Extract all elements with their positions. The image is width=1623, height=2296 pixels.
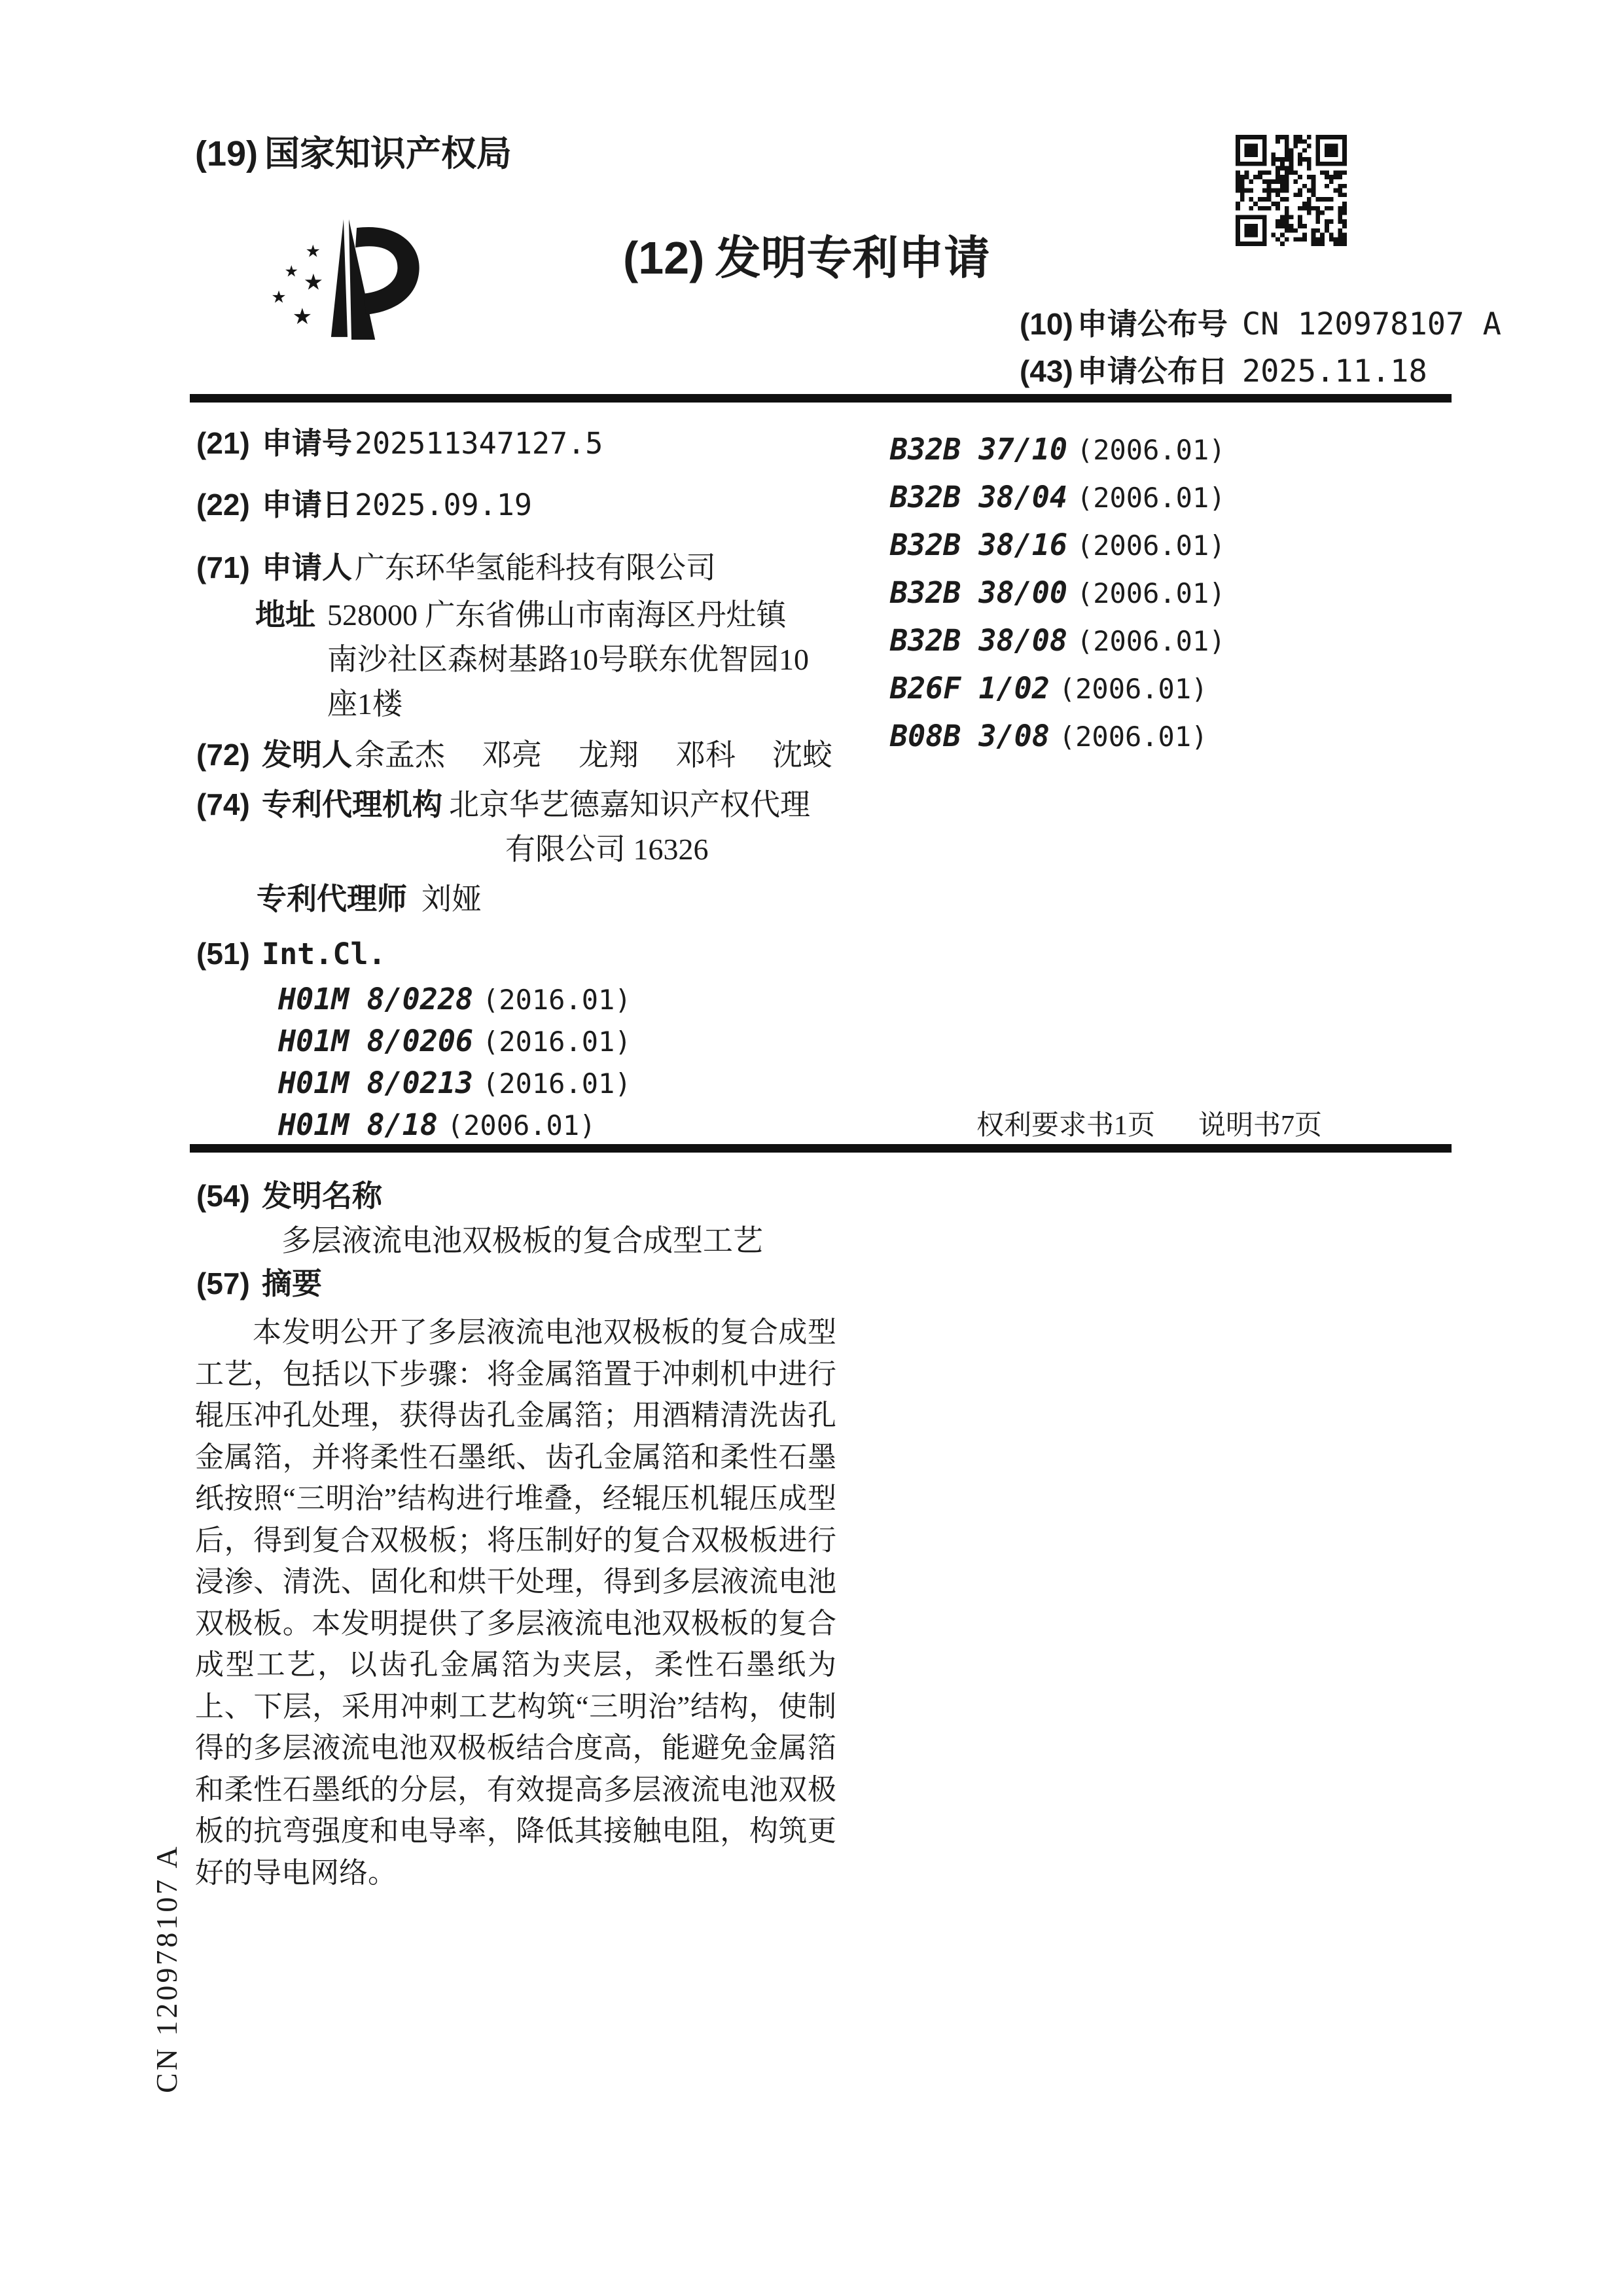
claims-pages: 权利要求书1页 [976,1111,1155,1141]
cnipa-logo-icon: ★ ★ ★ ★ ★ [267,217,425,346]
doc-type-title: 发明专利申请 [715,232,990,283]
field-label: 申请号 [262,427,355,461]
field-label: 专利代理机构 [262,788,449,822]
pub-number-line: (10)申请公布号CN 120978107 A [1020,308,1501,342]
field-code: (54) [196,1179,262,1213]
pub-number-value: CN 120978107 A [1242,306,1501,342]
inventor-name: 沈蛟 [772,738,832,772]
pub-date-line: (43)申请公布日2025.11.18 [1020,355,1427,389]
application-number-value: 202511347127.5 [355,426,603,461]
agent-name: 刘娅 [421,882,482,916]
agency-name: 北京华艺德嘉知识产权代理 [449,788,810,821]
svg-text:★: ★ [285,263,299,280]
field-label: 发明人 [262,738,355,772]
patent-front-page: (19)国家知识产权局 ★ ★ ★ ★ ★ (12)发明专利申请 (10)申请公… [0,0,1623,2296]
ipc-entry: B26F 1/02(2006.01) [890,671,1207,706]
pages-note: 权利要求书1页说明书7页 [976,1103,1322,1143]
ipc-entry: H01M 8/18(2006.01) [278,1107,596,1142]
inventor-name: 龙翔 [579,738,639,772]
svg-text:★: ★ [306,242,321,260]
qr-code-icon [1234,135,1348,246]
application-date-value: 2025.09.19 [355,488,532,522]
field-label: 发明名称 [262,1179,382,1213]
applicant-value: 广东环华氢能科技有限公司 [355,551,716,584]
intcl-label: Int.Cl. [262,937,386,971]
ipc-entry: B32B 37/10(2006.01) [890,432,1226,467]
agency-name-line2: 有限公司 16326 [505,833,709,867]
intcl-row: (51)Int.Cl. [196,937,386,971]
field-code: (72) [196,738,262,772]
agency-row: (74)专利代理机构北京华艺德嘉知识产权代理 [196,788,810,822]
address-line3: 座1楼 [327,687,402,721]
field-label: 申请日 [262,488,355,522]
inventor-name: 余孟杰 [355,738,445,772]
doc-type-line: (12)发明专利申请 [623,221,990,287]
address-row: 地址528000 广东省佛山市南海区丹灶镇 [255,598,787,632]
pub-date-label: 申请公布日 [1077,354,1228,388]
application-number-row: (21)申请号202511347127.5 [196,427,603,461]
inventors-row: (72)发明人余孟杰邓亮龙翔邓科沈蛟 [196,738,832,772]
field-code: (57) [196,1267,262,1301]
application-date-row: (22)申请日2025.09.19 [196,488,532,522]
description-pages: 说明书7页 [1198,1111,1322,1141]
ipc-entry: B32B 38/08(2006.01) [890,623,1226,658]
inventor-name: 邓科 [675,738,736,772]
pub-number-code: (10) [1020,307,1073,341]
pub-date-value: 2025.11.18 [1242,353,1427,389]
ipc-entry: B32B 38/00(2006.01) [890,575,1226,610]
svg-text:★: ★ [271,288,286,307]
ipc-entry: H01M 8/0228(2016.01) [278,982,632,1016]
ipc-entry: H01M 8/0206(2016.01) [278,1024,632,1058]
office-name: 国家知识产权局 [264,134,512,173]
address-line1: 528000 广东省佛山市南海区丹灶镇 [327,598,787,632]
invention-title-row: (54)发明名称 [196,1179,382,1213]
office-code: (19) [195,134,258,173]
section-rule [190,1144,1452,1153]
header-rule [190,394,1452,403]
inventor-name: 邓亮 [482,738,542,772]
field-label: 摘要 [262,1266,322,1300]
address-line2: 南沙社区森树基路10号联东优智园10 [327,643,809,677]
side-publication-number: CN 120978107 A [149,1844,184,2093]
pub-date-code: (43) [1020,354,1073,388]
pub-number-label: 申请公布号 [1077,307,1228,341]
ipc-entry: H01M 8/0213(2016.01) [278,1066,632,1100]
field-label: 地址 [255,598,327,632]
abstract-label-row: (57)摘要 [196,1267,322,1301]
agent-row: 专利代理师刘娅 [257,882,482,916]
field-code: (22) [196,488,262,522]
doc-type-code: (12) [623,232,704,283]
ipc-entry: B32B 38/16(2006.01) [890,528,1226,562]
ipc-entry: B08B 3/08(2006.01) [890,719,1207,753]
office-line: (19)国家知识产权局 [195,126,512,176]
invention-title: 多层液流电池双极板的复合成型工艺 [281,1224,763,1258]
svg-text:★: ★ [304,271,324,295]
abstract-text: 本发明公开了多层液流电池双极板的复合成型工艺，包括以下步骤：将金属箔置于冲刺机中… [195,1312,836,1893]
field-code: (51) [196,937,262,971]
field-label: 专利代理师 [257,882,421,916]
applicant-row: (71)申请人广东环华氢能科技有限公司 [196,551,716,585]
ipc-entry: B32B 38/04(2006.01) [890,480,1226,514]
svg-text:★: ★ [293,305,313,329]
field-code: (21) [196,427,262,461]
field-code: (71) [196,551,262,585]
field-label: 申请人 [262,551,355,585]
field-code: (74) [196,788,262,822]
